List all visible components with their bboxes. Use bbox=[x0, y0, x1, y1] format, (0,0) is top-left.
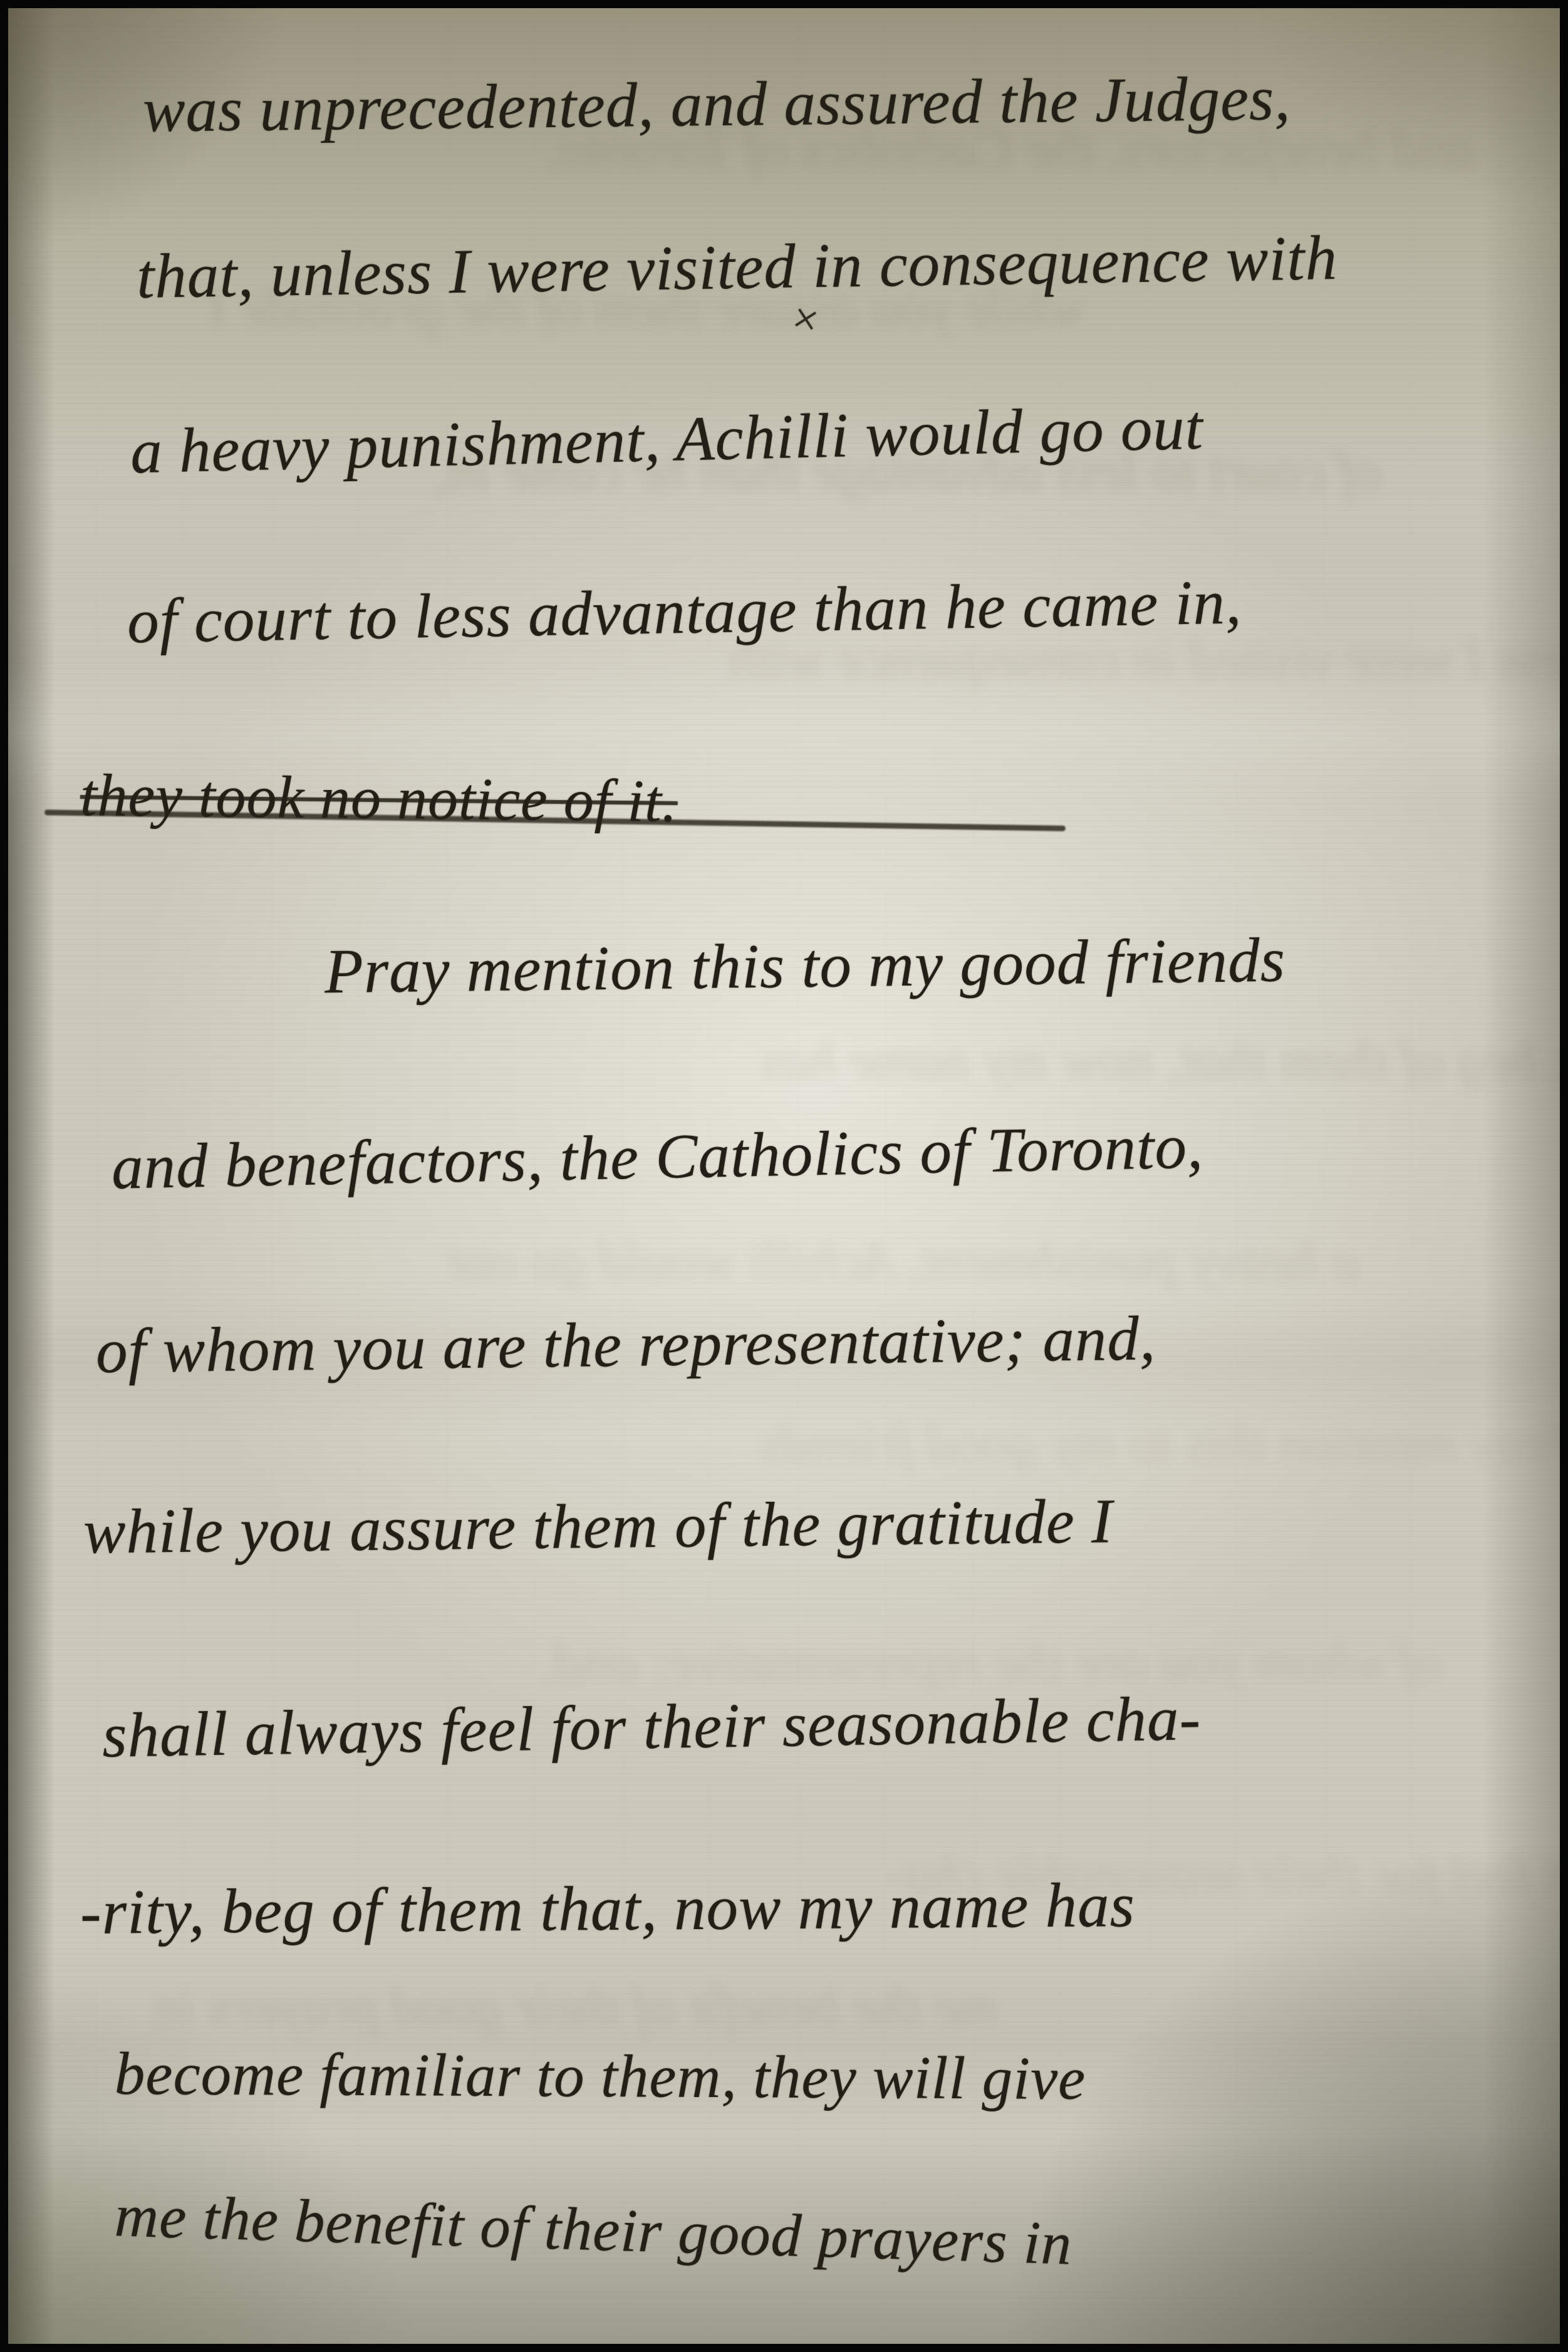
manuscript-line: while you assure them of the gratitude I bbox=[83, 1484, 1113, 1568]
manuscript-line: -rity, beg of them that, now my name has bbox=[80, 1868, 1136, 1949]
photograph-frame: and benefactors, the Catholics of Toront… bbox=[0, 0, 1568, 2352]
manuscript-line: of whom you are the representative; and, bbox=[95, 1302, 1156, 1388]
letter-paper: and benefactors, the Catholics of Toront… bbox=[8, 8, 1560, 2344]
manuscript-line: Pray mention this to my good friends bbox=[324, 924, 1285, 1008]
manuscript-line-struck: they took no notice of it. bbox=[80, 760, 678, 836]
manuscript-line: was unprecedented, and assured the Judge… bbox=[142, 61, 1291, 146]
manuscript-line: become familiar to them, they will give bbox=[115, 2039, 1086, 2113]
